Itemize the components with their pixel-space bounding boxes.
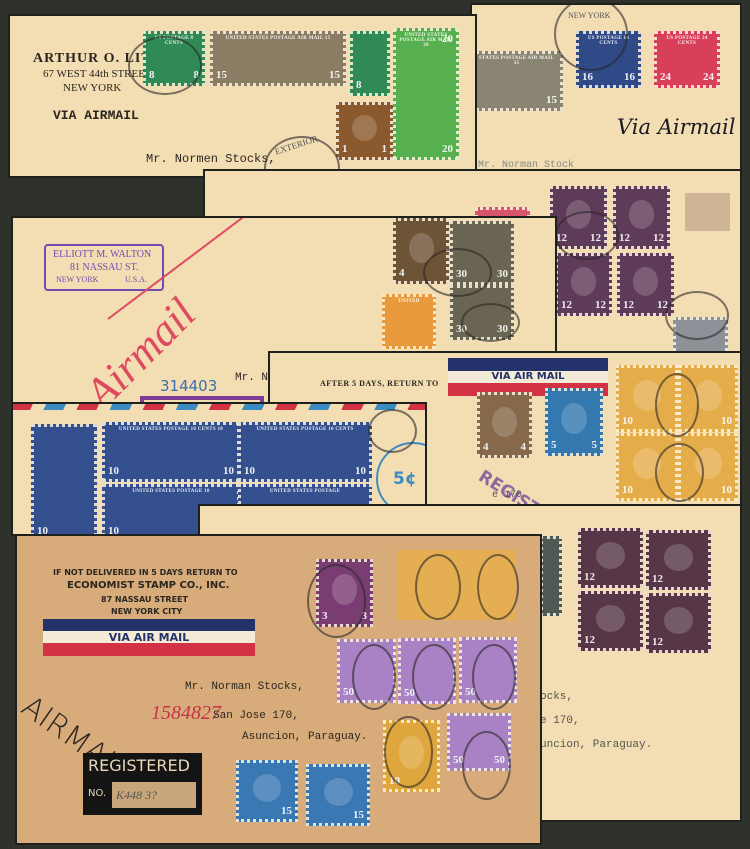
sender-country: U.S.A. [125, 275, 147, 284]
stamp-12c-cleveland: 12 [646, 593, 711, 653]
stamp-10c-monroe [398, 550, 458, 620]
stamp-gray-partial [540, 536, 562, 616]
addressee-line1: ocks, [540, 691, 573, 703]
stamp-10c-monroe: 10 [616, 433, 678, 501]
sender-street: 67 WEST 44th STREET [43, 68, 152, 80]
stamp-15c-harrison: 15 [236, 760, 298, 822]
stamp-12c-cleveland: 1212 [555, 253, 612, 316]
stamp-gray-partial [673, 317, 728, 351]
stamp-12c-cleveland: 1212 [550, 186, 607, 249]
stamp-lindbergh-10c: UNITED STATES POSTAGE 10 CENTS1010 [238, 422, 372, 482]
stamp-10c-monroe-single: 10 [383, 720, 440, 792]
handwritten-via-airmail: Via Airmail [617, 115, 736, 139]
stamp-30c-bison: 3030 [450, 221, 514, 285]
stamp-10c-monroe: 10 [678, 433, 738, 501]
stamp-50c-amphitheater: 50 [337, 639, 396, 703]
stamp-airmail-15c-map: STATES POSTAGE AIR MAIL 15 15 [472, 51, 563, 111]
stamp-10c-monroe: 10 [616, 365, 678, 432]
stamp-4c-taft: 44 [477, 392, 532, 458]
stamp-15c-harrison: 15 [306, 764, 370, 826]
stamp-1c-franklin: 11 [336, 102, 393, 160]
cover-economist-stamp-co: IF NOT DELIVERED IN 5 DAYS RETURN TO ECO… [17, 536, 540, 843]
via-air-mail-band: VIA AIR MAIL [43, 619, 255, 656]
registry-number-red: 1584827 [151, 702, 221, 725]
postmark-exterior-text: EXTERIOR [274, 133, 319, 156]
stamp-faded-remnant [685, 193, 730, 231]
sender-city: NEW YORK [56, 275, 98, 284]
addressee-partial: Mr. No [235, 372, 275, 384]
sender-street: 81 NASSAU ST. [70, 262, 138, 273]
addressee-text: Mr. Normen Stocks, [146, 152, 276, 166]
stamp-airmail-8c-green: US POSTAGE 8 CENTS 88 [143, 31, 205, 86]
stamp-5c-roosevelt: 55 [545, 388, 603, 456]
stamp-50c-amphitheater-single: 5050 [447, 713, 511, 771]
via-airmail-typed: VIA AIRMAIL [53, 108, 139, 123]
cover-via-airmail-script: STATES POSTAGE AIR MAIL 15 15 US POSTAGE… [472, 5, 740, 172]
address-partial: Se [191, 174, 205, 176]
stamp-12c-cleveland: 12 [578, 591, 643, 651]
stamp-airmail-8c-green-2: 8 [350, 31, 390, 96]
cover-arthur-litt: ARTHUR O. LITT 67 WEST 44th STREET NEW Y… [10, 16, 475, 176]
company-city: NEW YORK CITY [111, 607, 182, 616]
stamp-airmail-20c-green: UNITED STATES POSTAGE AIR MAIL 20 2020 [393, 28, 459, 160]
stamp-50c-amphitheater: 50 [398, 638, 456, 704]
airmail-border-stripes [13, 404, 425, 410]
stamp-lindbergh-10c: UNITED STATES POSTAGE 10 CENTS 101010 [102, 422, 240, 482]
stamp-airmail-16c-insignia: US POSTAGE 16 CENTS 1616 [576, 31, 641, 88]
band-text: VIA AIR MAIL [448, 371, 608, 384]
stamp-3c-lincoln: 33 [316, 559, 373, 627]
registered-label: REGISTERED [88, 756, 190, 775]
registry-number: 314403 [160, 377, 217, 395]
addressee-line1: Mr. Norman Stocks, [185, 681, 304, 693]
stamp-12c-cleveland: 1212 [613, 186, 670, 249]
sender-name: ELLIOTT M. WALTON [53, 249, 151, 260]
stamp-4c-taft: 4 [393, 218, 449, 284]
stamp-12c-cleveland: 12 [646, 530, 711, 590]
stamp-10c-monroe [458, 550, 516, 620]
addressee-line2: San Jose 170, [213, 710, 299, 722]
addressee-text: Mr. Norman Stock [478, 160, 574, 171]
stamp-12c-cleveland: 1212 [617, 253, 674, 316]
stationery-value: 5¢ [393, 469, 417, 489]
stamp-12c-cleveland: 12 [578, 528, 643, 588]
stamp-10c-monroe: 10 [678, 365, 738, 432]
company-street: 87 NASSAU STREET [101, 595, 188, 604]
stamp-lindbergh-10c-vertical: 10 [31, 424, 97, 534]
stamp-orange: UNITED [382, 294, 436, 349]
stamp-airmail-24c-biplane: US POSTAGE 24 CENTS 2424 [654, 31, 720, 88]
registered-no-label: NO. [88, 788, 106, 799]
stamp-30c-bison: 3030 [450, 285, 514, 340]
stamp-airmail-15c-map: UNITED STATES POSTAGE AIR MAIL 15 1515 [210, 31, 346, 86]
addressee-line3: Asuncion, Paraguay. [242, 731, 367, 743]
stamp-50c-amphitheater: 50 [459, 637, 517, 703]
postmark-city-text: NEW YORK [568, 11, 610, 20]
return-text: AFTER 5 DAYS, RETURN TO [320, 379, 439, 388]
return-line: IF NOT DELIVERED IN 5 DAYS RETURN TO [53, 568, 238, 577]
company-name: ECONOMIST STAMP CO., INC. [67, 580, 229, 591]
addressee-line3: uncion, Paraguay. [540, 739, 652, 751]
address-partial: e 170 [492, 490, 522, 501]
sender-city: NEW YORK [63, 82, 121, 94]
registered-no-value: K448 3? [116, 788, 157, 803]
addressee-line2: e 170, [540, 715, 580, 727]
band-text: VIA AIR MAIL [43, 631, 255, 643]
